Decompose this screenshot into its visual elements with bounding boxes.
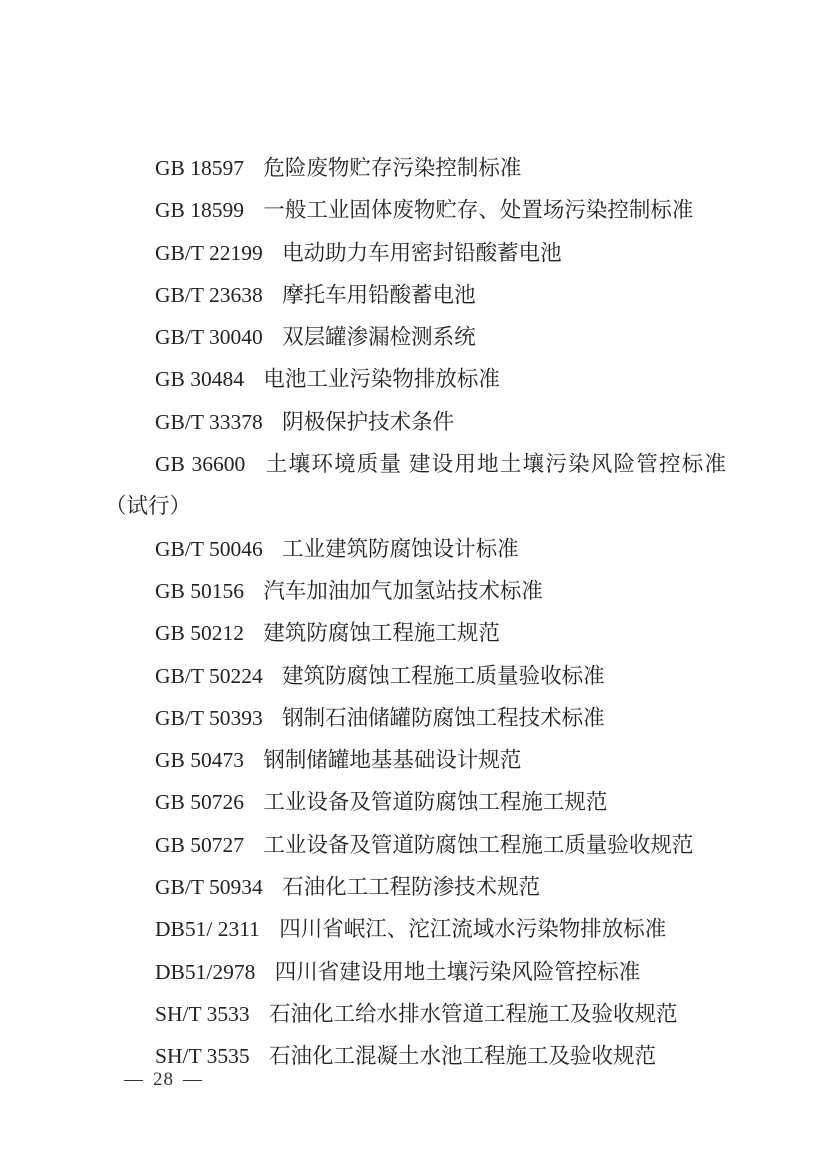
standard-line: GB 36600 土壤环境质量 建设用地土壤污染风险管控标准 (105, 443, 726, 485)
page-footer: —28— (124, 1066, 203, 1094)
standard-title: 钢制石油储罐防腐蚀工程技术标准 (282, 706, 605, 730)
standard-code: GB 36600 (155, 452, 245, 476)
standard-code: GB 50156 (155, 579, 244, 603)
standard-line: GB 50473 钢制储罐地基基础设计规范 (105, 739, 726, 781)
standard-code: GB/T 50934 (155, 875, 263, 899)
standard-line: GB/T 50046 工业建筑防腐蚀设计标准 (105, 528, 726, 570)
standard-title: 汽车加油加气加氢站技术标准 (263, 579, 543, 603)
standard-title: 建筑防腐蚀工程施工质量验收标准 (282, 664, 605, 688)
standard-line: GB 18597 危险废物贮存污染控制标准 (105, 147, 726, 189)
standard-code: DB51/ 2311 (155, 917, 260, 941)
standard-line: GB 30484 电池工业污染物排放标准 (105, 358, 726, 400)
standard-code: GB/T 33378 (155, 410, 263, 434)
standard-title: 石油化工工程防渗技术规范 (282, 875, 540, 899)
standard-code: GB/T 50393 (155, 706, 263, 730)
standard-line: GB/T 23638 摩托车用铅酸蓄电池 (105, 274, 726, 316)
standard-title: 四川省建设用地土壤污染风险管控标准 (275, 960, 641, 984)
standard-title: 石油化工混凝土水池工程施工及验收规范 (269, 1044, 656, 1068)
standard-line: GB 50727 工业设备及管道防腐蚀工程施工质量验收规范 (105, 824, 726, 866)
standard-title: 工业设备及管道防腐蚀工程施工质量验收规范 (263, 833, 693, 857)
footer-dash-left: — (124, 1069, 144, 1090)
standard-title: 土壤环境质量 建设用地土壤污染风险管控标准 (266, 452, 726, 476)
page-number: 28 (153, 1069, 174, 1090)
standard-line: GB 50212 建筑防腐蚀工程施工规范 (105, 612, 726, 654)
standard-line: DB51/2978 四川省建设用地土壤污染风险管控标准 (105, 951, 726, 993)
standard-line: GB 50156 汽车加油加气加氢站技术标准 (105, 570, 726, 612)
standard-code: GB 50473 (155, 748, 244, 772)
standard-title: 工业设备及管道防腐蚀工程施工规范 (263, 790, 607, 814)
standard-line: GB 50726 工业设备及管道防腐蚀工程施工规范 (105, 781, 726, 823)
standard-continuation: （试行） (105, 485, 726, 527)
standard-title: 钢制储罐地基基础设计规范 (263, 748, 521, 772)
standard-code: GB/T 23638 (155, 283, 263, 307)
standard-title: 电池工业污染物排放标准 (263, 367, 500, 391)
standard-code: GB 50726 (155, 790, 244, 814)
standards-list: GB 18597 危险废物贮存污染控制标准GB 18599 一般工业固体废物贮存… (105, 147, 726, 1078)
standard-code: GB 18597 (155, 156, 244, 180)
standard-title: 建筑防腐蚀工程施工规范 (263, 621, 500, 645)
standard-code: SH/T 3533 (155, 1002, 250, 1026)
standard-line: GB/T 50393 钢制石油储罐防腐蚀工程技术标准 (105, 697, 726, 739)
standard-code: GB/T 50224 (155, 664, 263, 688)
standard-code: GB/T 50046 (155, 537, 263, 561)
standard-title: 工业建筑防腐蚀设计标准 (282, 537, 519, 561)
footer-dash-right: — (183, 1069, 203, 1090)
standard-title: 一般工业固体废物贮存、处置场污染控制标准 (263, 198, 693, 222)
standard-line: GB/T 50934 石油化工工程防渗技术规范 (105, 866, 726, 908)
standard-line: GB 18599 一般工业固体废物贮存、处置场污染控制标准 (105, 189, 726, 231)
standard-line: GB/T 30040 双层罐渗漏检测系统 (105, 316, 726, 358)
standard-code: GB 30484 (155, 367, 244, 391)
standard-line: SH/T 3533 石油化工给水排水管道工程施工及验收规范 (105, 993, 726, 1035)
standard-title: 四川省岷江、沱江流域水污染物排放标准 (279, 917, 666, 941)
standard-title: 阴极保护技术条件 (282, 410, 454, 434)
standard-title: 摩托车用铅酸蓄电池 (282, 283, 476, 307)
standard-code: GB 50727 (155, 833, 244, 857)
document-page: GB 18597 危险废物贮存污染控制标准GB 18599 一般工业固体废物贮存… (0, 0, 826, 1169)
standard-code: GB/T 22199 (155, 241, 263, 265)
standard-title: 危险废物贮存污染控制标准 (263, 156, 521, 180)
standard-line: DB51/ 2311 四川省岷江、沱江流域水污染物排放标准 (105, 908, 726, 950)
standard-line: GB/T 50224 建筑防腐蚀工程施工质量验收标准 (105, 655, 726, 697)
standard-code: GB 50212 (155, 621, 244, 645)
standard-line: GB/T 33378 阴极保护技术条件 (105, 401, 726, 443)
standard-title: 双层罐渗漏检测系统 (282, 325, 476, 349)
standard-title: 电动助力车用密封铅酸蓄电池 (282, 241, 562, 265)
standard-line: GB/T 22199 电动助力车用密封铅酸蓄电池 (105, 232, 726, 274)
standard-code: SH/T 3535 (155, 1044, 250, 1068)
standard-code: GB/T 30040 (155, 325, 263, 349)
standard-code: GB 18599 (155, 198, 244, 222)
standard-title: 石油化工给水排水管道工程施工及验收规范 (269, 1002, 678, 1026)
standard-code: DB51/2978 (155, 960, 255, 984)
